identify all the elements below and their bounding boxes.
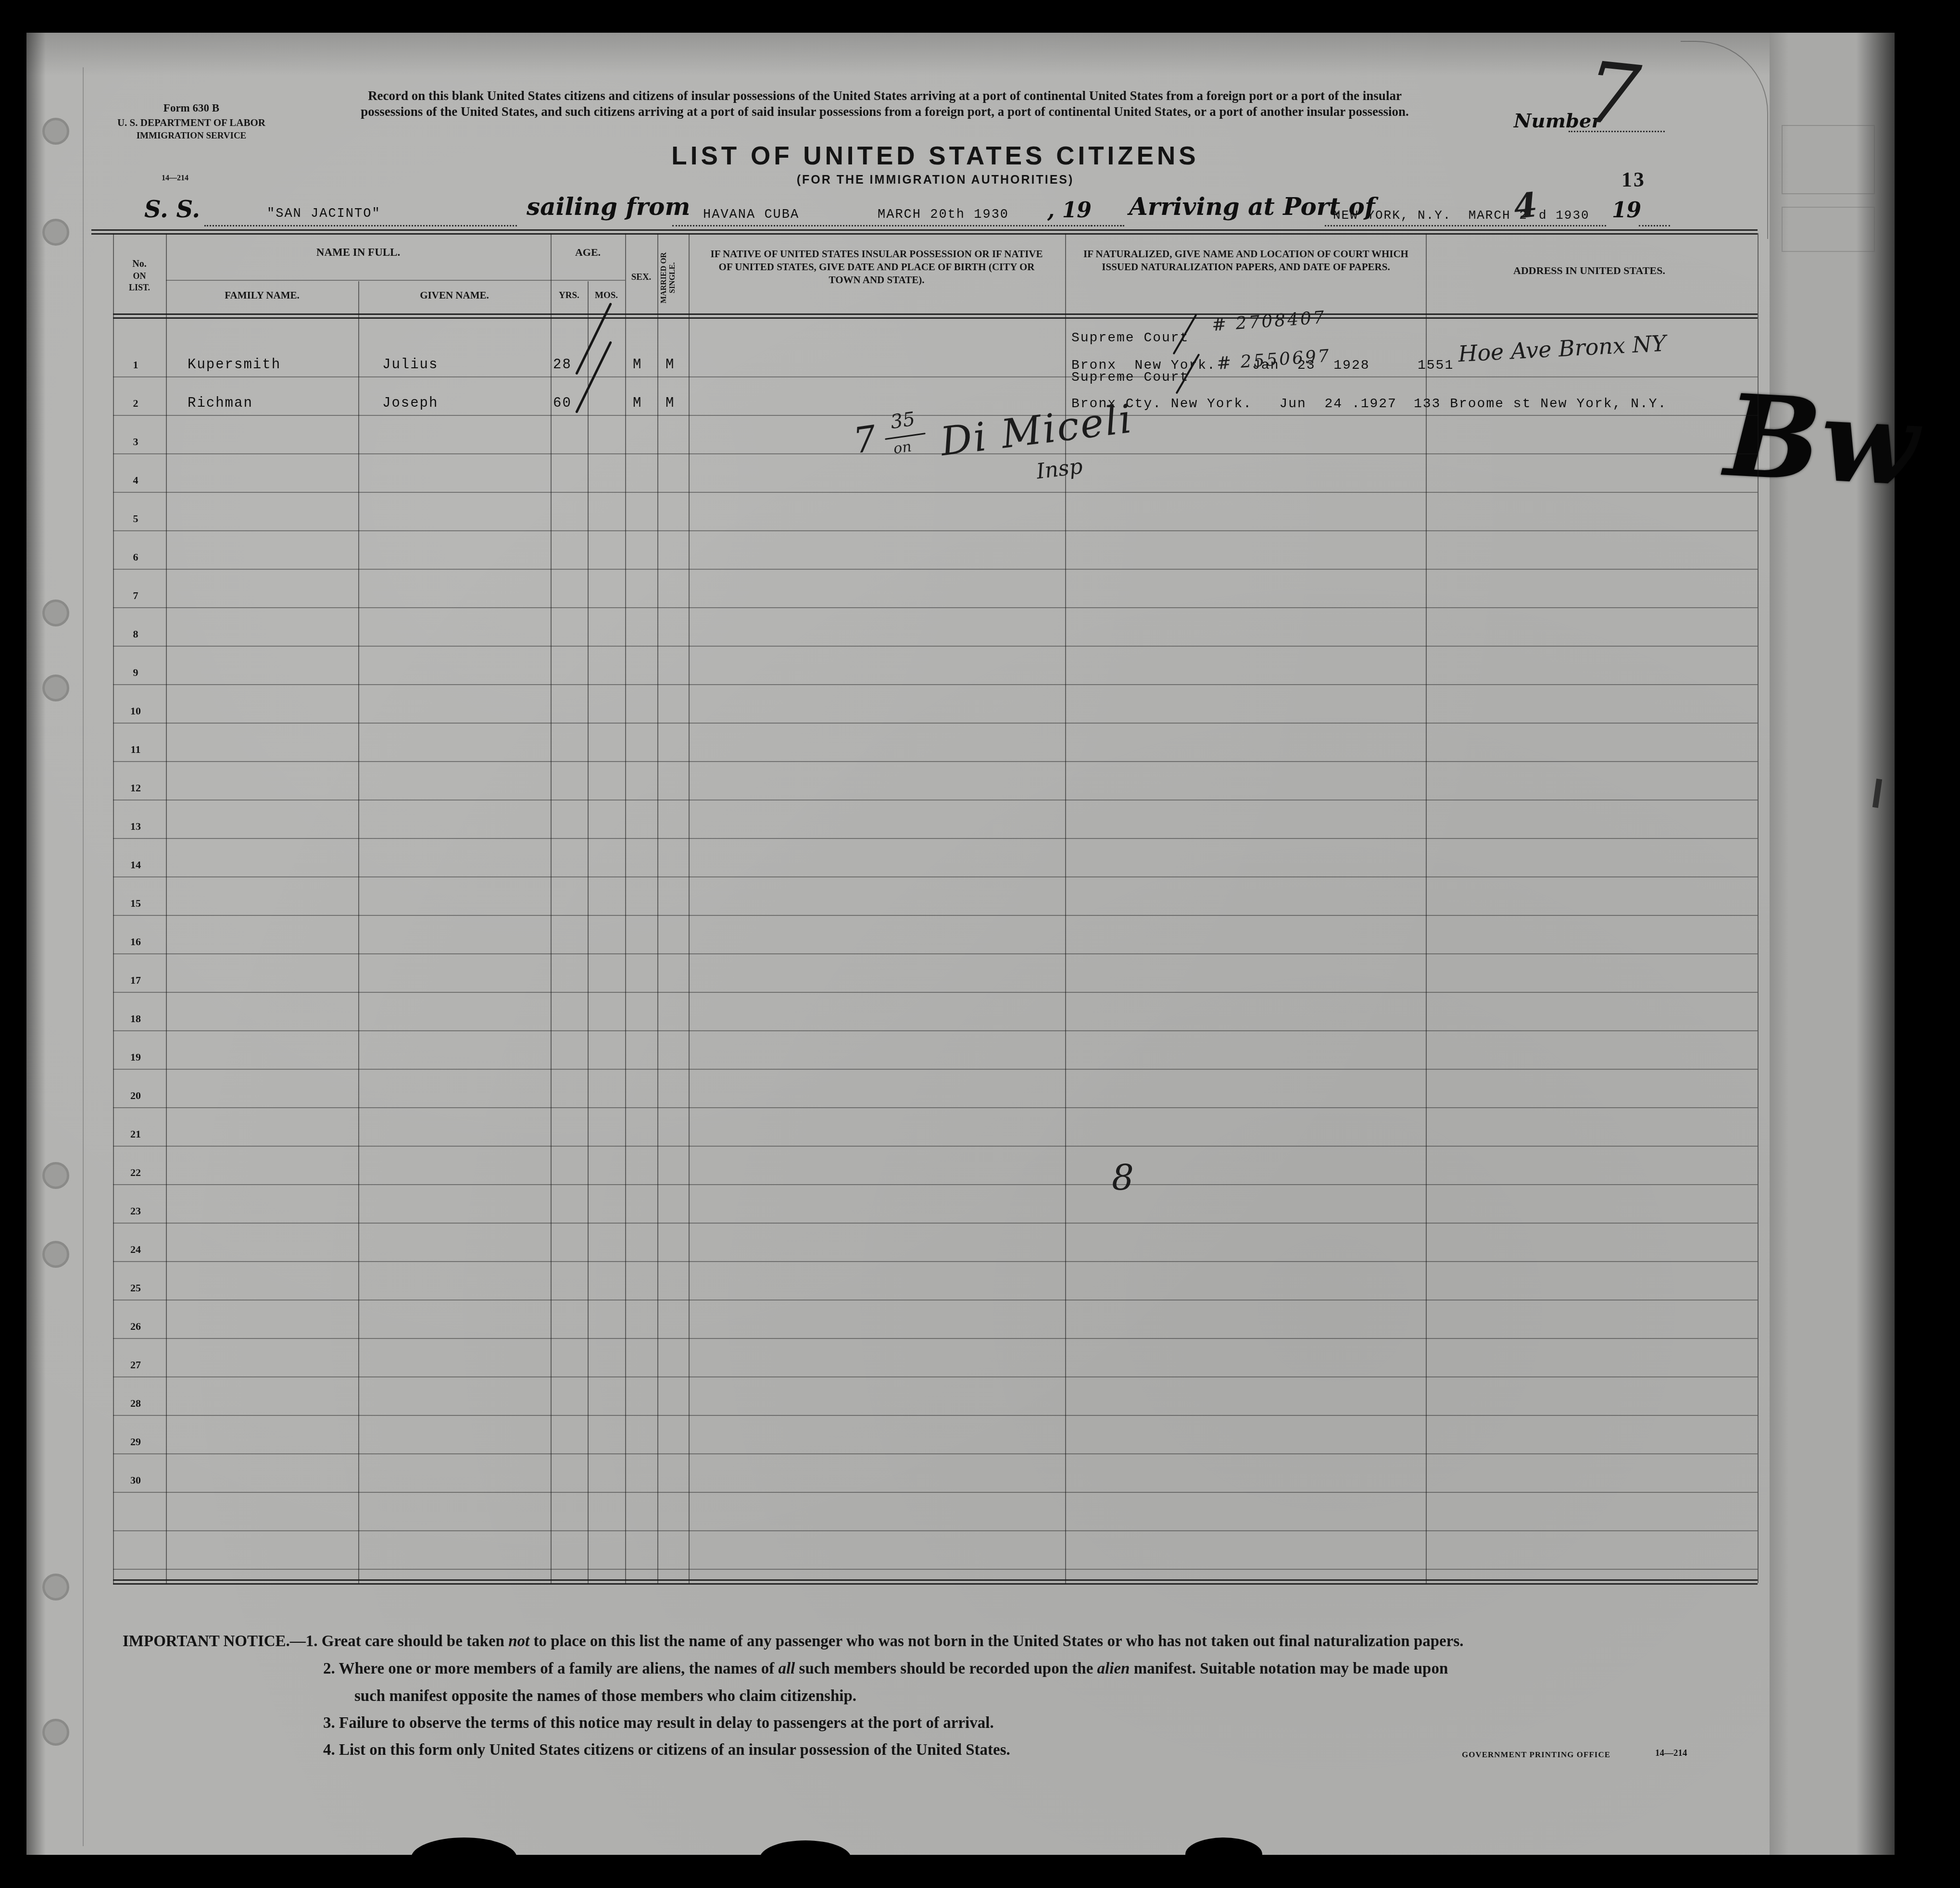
row-number: 4 bbox=[114, 474, 157, 487]
row1-court: Supreme Court bbox=[1071, 331, 1189, 346]
sailing-port-line bbox=[672, 225, 1122, 226]
number-handwritten: 7 bbox=[1581, 44, 1645, 147]
row-number: 11 bbox=[114, 743, 157, 756]
row2-family-name: Richman bbox=[188, 395, 253, 411]
row2-address-typed: 133 Broome st New York, N.Y. bbox=[1414, 397, 1667, 412]
row-number: 2 bbox=[114, 397, 157, 410]
table-row-line bbox=[113, 838, 1758, 839]
row-number: 29 bbox=[114, 1436, 157, 1448]
table-row-line bbox=[113, 1415, 1758, 1416]
notice-line: such manifest opposite the names of thos… bbox=[354, 1688, 856, 1705]
table-row-line bbox=[113, 1300, 1758, 1300]
punch-hole bbox=[42, 1719, 69, 1746]
punch-hole bbox=[42, 219, 69, 246]
row-number: 20 bbox=[114, 1089, 157, 1102]
form-code-top: 14—214 bbox=[162, 174, 188, 183]
arrival-port-date-pre: NEW YORK, N.Y. MARCH 2 bbox=[1333, 208, 1528, 223]
time-note-sub: on bbox=[892, 438, 913, 458]
table-column-line bbox=[657, 233, 658, 1583]
table-row-line bbox=[113, 646, 1758, 647]
arrival-port-date-post: d 1930 bbox=[1539, 208, 1590, 223]
table-column-line bbox=[166, 233, 167, 1583]
row-number: 25 bbox=[114, 1282, 157, 1294]
page-title: LIST OF UNITED STATES CITIZENS bbox=[599, 141, 1272, 171]
arrival-port-line bbox=[1325, 225, 1606, 226]
col-header-no-1: No. bbox=[114, 259, 165, 270]
table-row-line bbox=[113, 569, 1758, 570]
notice-line: 4. List on this form only United States … bbox=[323, 1741, 1010, 1759]
year2-line bbox=[1639, 225, 1670, 226]
col-header-age: AGE. bbox=[551, 246, 625, 259]
table-row-line bbox=[113, 1530, 1758, 1531]
punch-hole bbox=[42, 600, 69, 626]
instructions-paragraph: Record on this blank United States citiz… bbox=[337, 88, 1433, 120]
bottom-rule-1 bbox=[113, 1579, 1758, 1581]
table-row-line bbox=[113, 1146, 1758, 1147]
center-mark: 8 bbox=[1112, 1158, 1134, 1198]
table-row-line bbox=[113, 453, 1758, 454]
row-number: 30 bbox=[114, 1474, 157, 1487]
row1-married: M bbox=[666, 357, 675, 373]
form-id-line3: IMMIGRATION SERVICE bbox=[119, 131, 264, 141]
table-row-line bbox=[113, 415, 1758, 416]
row2-court: Supreme Court bbox=[1071, 370, 1189, 385]
notice-line: IMPORTANT NOTICE.—1. Great care should b… bbox=[123, 1633, 1464, 1650]
row-number: 10 bbox=[114, 705, 157, 717]
bottom-rule-2 bbox=[113, 1583, 1758, 1585]
row-number: 28 bbox=[114, 1397, 157, 1410]
scan-edge-bottom bbox=[0, 1855, 1960, 1888]
row-number: 23 bbox=[114, 1205, 157, 1217]
row-number: 13 bbox=[114, 820, 157, 833]
punch-hole bbox=[42, 675, 69, 701]
notice-line: 2. Where one or more members of a family… bbox=[323, 1660, 1448, 1678]
table-row-line bbox=[113, 1107, 1758, 1108]
sailing-port-value: HAVANA CUBA bbox=[703, 208, 799, 222]
row2-married: M bbox=[666, 395, 675, 411]
form-id-line1: Form 630 B bbox=[119, 102, 264, 114]
row-number: 9 bbox=[114, 666, 157, 679]
scan-edge-left bbox=[0, 0, 26, 1888]
table-column-line bbox=[689, 233, 690, 1583]
scan-blob bbox=[1185, 1838, 1262, 1871]
year-prefix-1: , 19 bbox=[1047, 198, 1092, 223]
row-number: 18 bbox=[114, 1013, 157, 1025]
left-edge-shadow bbox=[26, 33, 46, 1855]
page-subtitle: (FOR THE IMMIGRATION AUTHORITIES) bbox=[599, 173, 1272, 187]
row-number: 8 bbox=[114, 628, 157, 640]
gpo-imprint: GOVERNMENT PRINTING OFFICE bbox=[1462, 1750, 1610, 1760]
form-id-line2: U. S. DEPARTMENT OF LABOR bbox=[114, 117, 268, 129]
row-number: 27 bbox=[114, 1359, 157, 1371]
year1-line bbox=[1091, 225, 1124, 226]
row-number: 22 bbox=[114, 1166, 157, 1179]
row1-address-typed: 1551 bbox=[1418, 358, 1454, 373]
arrival-day-handwritten: 4 bbox=[1512, 185, 1539, 227]
table-row-line bbox=[113, 1569, 1758, 1570]
col-header-name-in-full: NAME IN FULL. bbox=[166, 246, 551, 259]
row-number: 12 bbox=[114, 782, 157, 794]
row2-sex: M bbox=[633, 395, 642, 411]
scan-edge-right bbox=[1895, 0, 1960, 1888]
table-column-line bbox=[1426, 233, 1427, 1583]
header-rule-2 bbox=[113, 317, 1758, 319]
notice-line: 3. Failure to observe the terms of this … bbox=[323, 1714, 994, 1732]
table-column-line bbox=[625, 233, 626, 1583]
ghost-box bbox=[1782, 207, 1875, 252]
col-header-married-or-single: MARRIED OR SINGLE. bbox=[660, 239, 688, 316]
col-header-naturalized: IF NATURALIZED, GIVE NAME AND LOCATION O… bbox=[1080, 248, 1412, 274]
row-number: 19 bbox=[114, 1051, 157, 1063]
top-rule-2 bbox=[91, 233, 1758, 235]
row-number: 3 bbox=[114, 436, 157, 448]
row-number: 24 bbox=[114, 1243, 157, 1256]
col-header-mos: MOS. bbox=[588, 290, 625, 301]
table-row-line bbox=[113, 1030, 1758, 1031]
table-row-line bbox=[113, 1338, 1758, 1339]
page-stamp: 13 bbox=[1621, 167, 1646, 192]
punch-hole bbox=[42, 118, 69, 145]
table-row-line bbox=[113, 1453, 1758, 1454]
ghost-box bbox=[1782, 125, 1875, 194]
col-header-native: IF NATIVE OF UNITED STATES INSULAR POSSE… bbox=[703, 248, 1050, 287]
row1-age-yrs: 28 bbox=[553, 357, 572, 373]
margin-scribble: Bw bbox=[1722, 369, 1922, 512]
col-header-no-2: ON bbox=[114, 271, 165, 281]
row-number: 1 bbox=[114, 359, 157, 371]
row-number: 21 bbox=[114, 1128, 157, 1140]
header-rule-1 bbox=[113, 313, 1758, 315]
table-row-line bbox=[113, 992, 1758, 993]
row-number: 16 bbox=[114, 936, 157, 948]
table-column-line bbox=[1065, 233, 1066, 1583]
ship-name-value: "SAN JACINTO" bbox=[267, 207, 381, 221]
table-row-line bbox=[113, 1223, 1758, 1224]
col-header-address: ADDRESS IN UNITED STATES. bbox=[1431, 264, 1748, 277]
table-row-line bbox=[113, 876, 1758, 877]
table-row-line bbox=[113, 1261, 1758, 1262]
scan-blob bbox=[760, 1840, 851, 1876]
punch-hole bbox=[42, 1162, 69, 1189]
table-row-line bbox=[113, 761, 1758, 762]
top-rule-1 bbox=[91, 229, 1758, 231]
table-row-line bbox=[113, 953, 1758, 954]
table-row-line bbox=[113, 607, 1758, 608]
row-number: 7 bbox=[114, 589, 157, 602]
punch-hole bbox=[42, 1241, 69, 1268]
time-note-minutes: 35 bbox=[889, 408, 917, 434]
row-number: 6 bbox=[114, 551, 157, 563]
table-row-line bbox=[113, 1376, 1758, 1377]
col-header-sex: SEX. bbox=[625, 272, 657, 283]
scanned-manifest-page: Form 630 B U. S. DEPARTMENT OF LABOR IMM… bbox=[0, 0, 1960, 1888]
sailing-date-value: MARCH 20th 1930 bbox=[878, 208, 1009, 222]
row1-family-name: Kupersmith bbox=[188, 357, 281, 373]
ship-name-line bbox=[204, 225, 517, 226]
row2-given-name: Joseph bbox=[382, 395, 438, 411]
table-row-line bbox=[113, 800, 1758, 800]
row-number: 15 bbox=[114, 897, 157, 910]
table-row-line bbox=[113, 684, 1758, 685]
table-row-line bbox=[113, 530, 1758, 531]
scan-blob bbox=[411, 1838, 517, 1878]
row2-age-yrs: 60 bbox=[553, 395, 572, 411]
year-prefix-2: 19 bbox=[1612, 198, 1641, 223]
table-row-line bbox=[113, 1184, 1758, 1185]
punch-hole bbox=[42, 1574, 69, 1600]
table-column-line bbox=[551, 233, 552, 1583]
row1-given-name: Julius bbox=[382, 357, 438, 373]
row-number: 5 bbox=[114, 513, 157, 525]
table-column-line bbox=[358, 281, 359, 1583]
col-header-family-name: FAMILY NAME. bbox=[166, 289, 358, 301]
sailing-from-label: sailing from bbox=[527, 192, 690, 221]
row-number: 17 bbox=[114, 974, 157, 987]
name-subheader-line bbox=[166, 280, 625, 281]
scan-edge-top bbox=[0, 0, 1960, 33]
table-row-line bbox=[113, 723, 1758, 724]
manifest-paper bbox=[26, 33, 1770, 1855]
row-number: 14 bbox=[114, 859, 157, 871]
table-row-line bbox=[113, 1069, 1758, 1070]
ss-label: S. S. bbox=[144, 196, 200, 223]
col-header-yrs: YRS. bbox=[551, 290, 588, 301]
table-row-line bbox=[113, 1492, 1758, 1493]
right-edge-shadow bbox=[1856, 29, 1895, 1856]
table-column-line bbox=[1758, 233, 1759, 1583]
binding-margin-line bbox=[83, 67, 84, 1846]
table-column-line bbox=[588, 281, 589, 1583]
form-code-bottom: 14—214 bbox=[1655, 1748, 1687, 1759]
row-number: 26 bbox=[114, 1320, 157, 1333]
table-row-line bbox=[113, 492, 1758, 493]
table-row-line bbox=[113, 915, 1758, 916]
table-row-line bbox=[113, 376, 1758, 377]
row1-sex: M bbox=[633, 357, 642, 373]
col-header-no-3: LIST. bbox=[114, 283, 165, 293]
col-header-given-name: GIVEN NAME. bbox=[358, 289, 551, 301]
